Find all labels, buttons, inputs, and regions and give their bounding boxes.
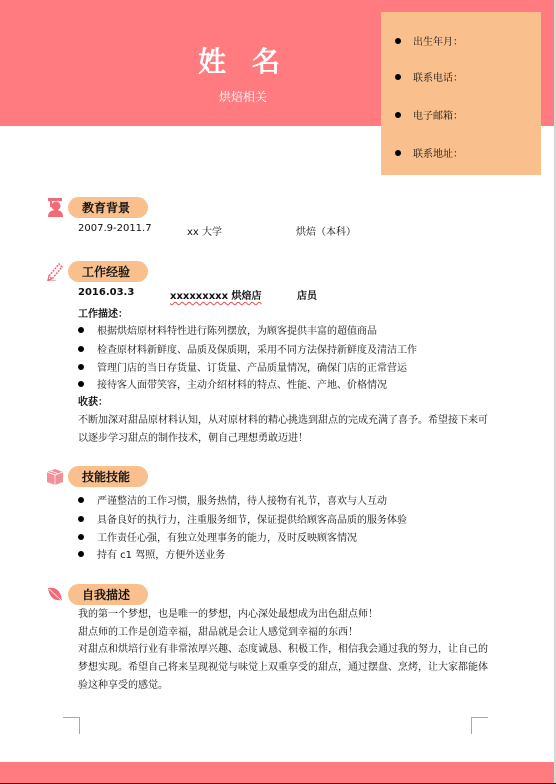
skill-item: 工作责任心强，有独立处理事务的能力，及时反映顾客情况 <box>78 529 357 544</box>
contact-birth: 出生年月： <box>395 33 463 48</box>
bullet-icon <box>395 74 401 80</box>
contact-box: 出生年月： 联系电话： 电子邮箱： 联系地址： <box>381 12 541 175</box>
section-skills-header: 技能技能 <box>46 465 148 487</box>
skill-item: 持有 c1 驾照，方便外送业务 <box>78 546 225 561</box>
work-gain-line: 不断加深对甜品原材料认知，从对原材料的精心挑选到甜点的完成充满了喜予。希望接下来… <box>78 411 488 426</box>
graduate-icon <box>46 197 64 217</box>
self-line: 梦想实现。希望自己将来呈现视觉与味觉上双重享受的甜点，通过摆盘、烹烤，让大家都能… <box>78 658 488 673</box>
section-work-header: 工作经验 <box>46 260 148 282</box>
leaf-icon <box>46 584 64 604</box>
work-date: 2016.03.3 <box>78 287 134 298</box>
education-major: 烘焙（本科） <box>296 223 356 238</box>
self-line: 对甜点和烘培行业有非常浓厚兴趣、态度诚恳、积极工作，相信我会通过我的努力，让自己… <box>78 640 488 655</box>
margin-corner-mark <box>471 717 488 734</box>
section-title: 自我描述 <box>68 584 148 605</box>
work-company: xxxxxxxxx 烘焙店 <box>170 287 262 302</box>
work-gain-label: 收获： <box>78 393 108 408</box>
skill-item: 具备良好的执行力，注重服务细节，保证提供给顾客高品质的服务体验 <box>78 511 407 526</box>
bullet-icon <box>395 112 401 118</box>
bullet-icon <box>78 516 84 522</box>
contact-label: 联系地址： <box>413 145 463 160</box>
bullet-icon <box>78 346 84 352</box>
work-position: 店员 <box>297 287 317 302</box>
education-period: 2007.9-2011.7 <box>78 223 152 234</box>
bullet-icon <box>395 38 401 44</box>
footer-band <box>0 762 554 783</box>
section-education-header: 教育背景 <box>46 196 148 218</box>
name-subtitle: 烘焙相关 <box>190 88 296 105</box>
work-duty-item: 管理门店的当日存货量、订货量、产品质量情况，确保门店的正常营运 <box>78 359 407 374</box>
pencil-icon <box>46 261 64 281</box>
bullet-icon <box>78 327 84 333</box>
bullet-icon <box>78 381 84 387</box>
contact-label: 联系电话： <box>413 69 463 84</box>
work-gain-line: 以逐步学习甜点的制作技术，朝自己理想勇敢迈进！ <box>78 429 308 444</box>
self-line: 我的第一个梦想，也是唯一的梦想，内心深处最想成为出色甜点师！ <box>78 605 378 620</box>
bullet-icon <box>78 534 84 540</box>
contact-label: 出生年月： <box>413 33 463 48</box>
work-duty-item: 根据烘焙原材料特性进行陈列摆放，为顾客提供丰富的超值商品 <box>78 322 377 337</box>
contact-address: 联系地址： <box>395 145 463 160</box>
bullet-icon <box>78 497 84 503</box>
section-title: 技能技能 <box>68 466 148 487</box>
work-duty-item: 检查原材料新鲜度、品质及保质期，采用不同方法保持新鲜度及清洁工作 <box>78 341 417 356</box>
section-self-header: 自我描述 <box>46 583 148 605</box>
education-school: xx 大学 <box>187 223 222 238</box>
work-duty-item: 接待客人面带笑容，主动介绍材料的特点、性能、产地、价格情况 <box>78 376 387 391</box>
bullet-icon <box>78 364 84 370</box>
work-desc-label: 工作描述： <box>78 305 128 320</box>
contact-phone: 联系电话： <box>395 69 463 84</box>
bullet-icon <box>78 551 84 557</box>
name-title: 姓 名 <box>190 40 296 80</box>
box-icon <box>46 466 64 486</box>
contact-email: 电子邮箱： <box>395 107 463 122</box>
self-line: 验这种享受的感觉。 <box>78 676 168 691</box>
skill-item: 严谨整洁的工作习惯，服务热情，待人接物有礼节，喜欢与人互动 <box>78 492 387 507</box>
contact-label: 电子邮箱： <box>413 107 463 122</box>
section-title: 教育背景 <box>68 197 148 218</box>
bullet-icon <box>395 150 401 156</box>
section-title: 工作经验 <box>68 261 148 282</box>
self-line: 甜点师的工作是创造幸福，甜品就是会让人感觉到幸福的东西！ <box>78 623 358 638</box>
margin-corner-mark <box>63 717 80 734</box>
